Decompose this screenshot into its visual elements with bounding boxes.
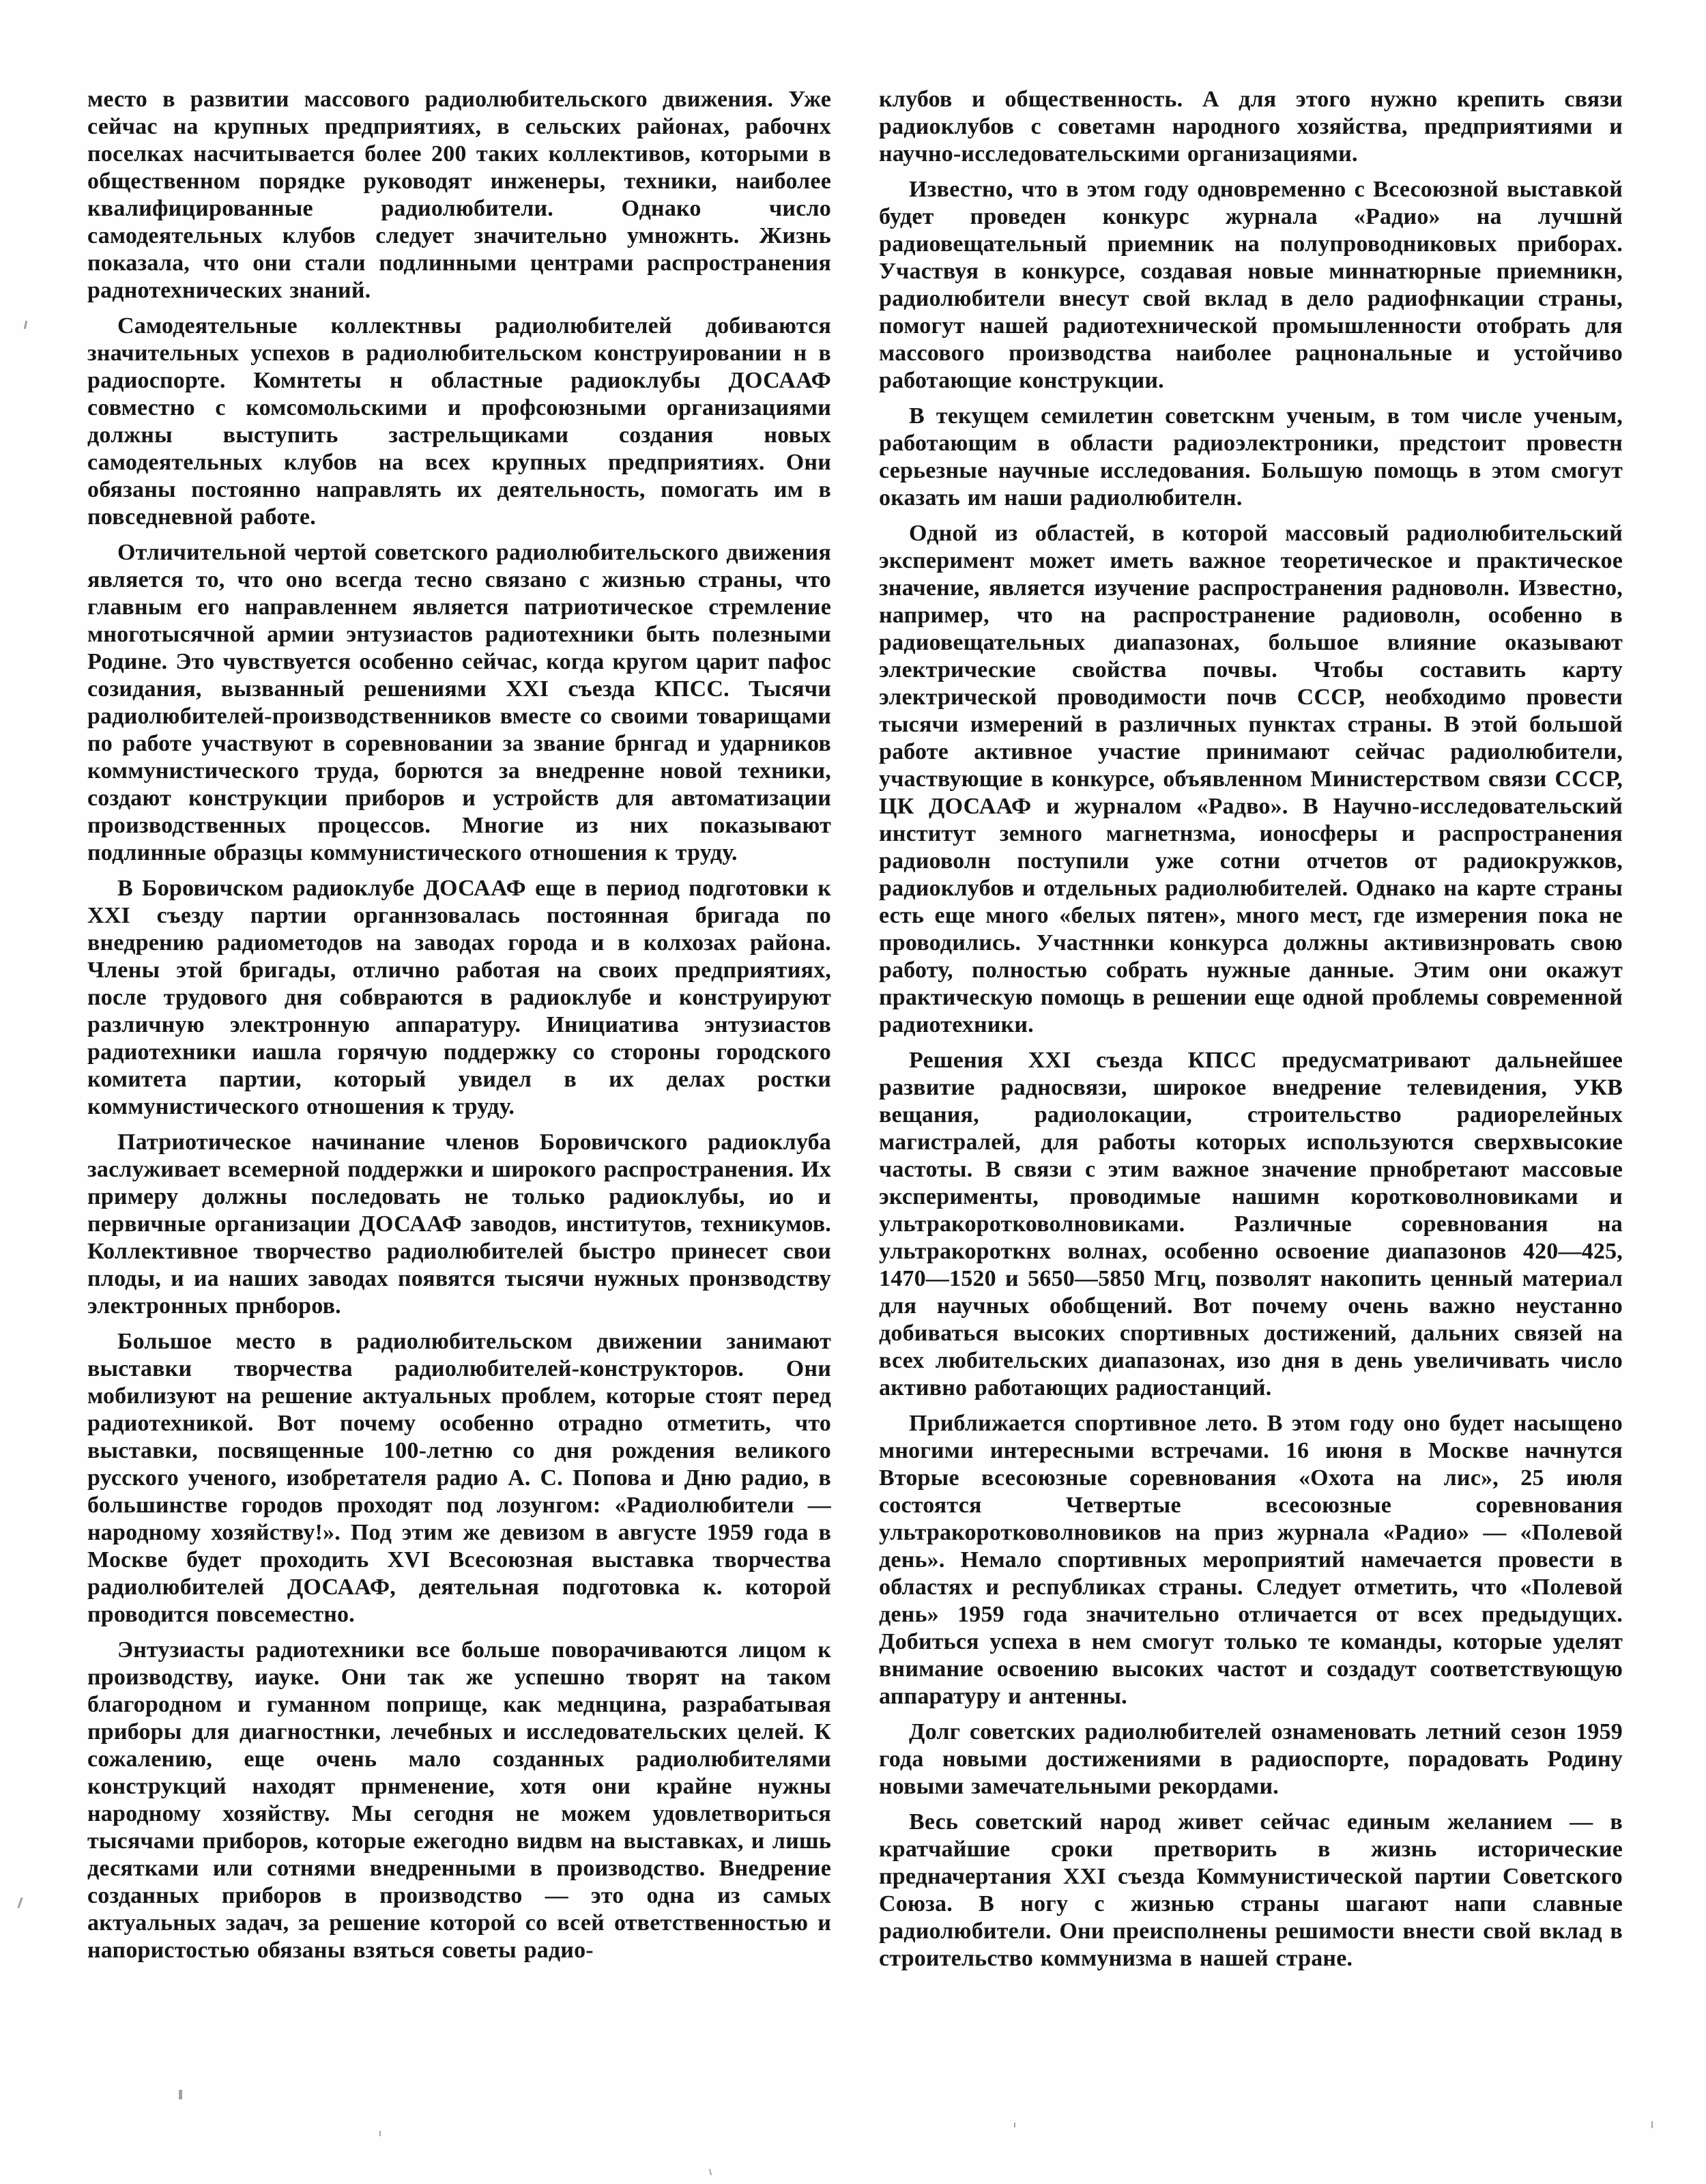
paragraph-left-4: В Боровичском радиоклубе ДОСААФ еще в пе… (87, 875, 831, 1121)
paragraph-right-4: Одной из областей, в которой массовый ра… (879, 520, 1623, 1039)
scan-artifact (24, 321, 27, 329)
paragraph-right-5: Решения XXI съезда КПСС предусматривают … (879, 1047, 1623, 1402)
paragraph-left-3: Отличительной чертой советского радиолюб… (87, 539, 831, 867)
scan-artifact (1014, 2123, 1015, 2127)
text-column-left: место в развитии массового радиолюбитель… (87, 86, 831, 1972)
scan-artifact (1651, 2121, 1653, 2128)
paragraph-right-3: В текущем семилетин советскнм ученым, в … (879, 403, 1623, 512)
paragraph-right-2: Известно, что в этом году одновременно с… (879, 176, 1623, 394)
scan-artifact (709, 2169, 712, 2175)
paragraph-left-2: Самодеятельные коллектнвы радиолюбителей… (87, 313, 831, 531)
scan-artifact (17, 1897, 23, 1908)
paragraph-left-7: Энтузиасты радиотехники все больше повор… (87, 1637, 831, 1964)
paragraph-right-1: клубов и общественность. А для этого нуж… (879, 86, 1623, 168)
scan-artifact (379, 2131, 381, 2136)
paragraph-right-7: Долг советских радиолюбителей ознаменова… (879, 1719, 1623, 1800)
paragraph-right-8: Весь советский народ живет сейчас единым… (879, 1809, 1623, 1972)
document-page: место в развитии массового радиолюбитель… (0, 0, 1706, 2184)
paragraph-left-6: Большое место в радиолюбительском движен… (87, 1328, 831, 1628)
scan-artifact (179, 2090, 182, 2099)
paragraph-left-1: место в развитии массового радиолюбитель… (87, 86, 831, 304)
paragraph-right-6: Приближается спортивное лето. В этом год… (879, 1410, 1623, 1710)
text-column-right: клубов и общественность. А для этого нуж… (879, 86, 1623, 1981)
paragraph-left-5: Патриотическое начинание членов Боровичс… (87, 1129, 831, 1320)
